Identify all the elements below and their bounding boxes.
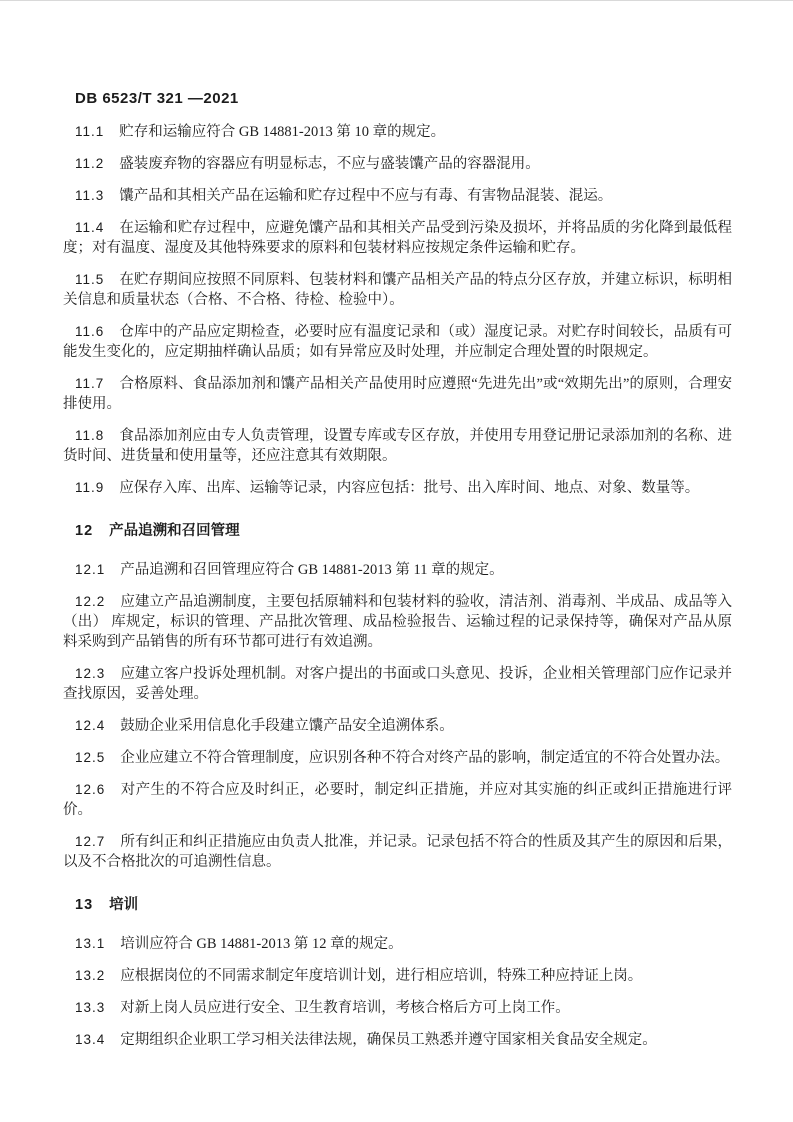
clause-text: 食品添加剂应由专人负责管理，设置专库或专区存放，并使用专用登记册记录添加剂的名称… (63, 428, 732, 464)
clause-11.6: 11.6仓库中的产品应定期检查，必要时应有温度记录和（或）湿度记录。对贮存时间较… (63, 322, 732, 362)
clause-12.3: 12.3应建立客户投诉处理机制。对客户提出的书面或口头意见、投诉，企业相关管理部… (63, 664, 732, 704)
clause-12.7: 12.7所有纠正和纠正措施应由负责人批准，并记录。记录包括不符合的性质及其产生的… (63, 832, 732, 872)
clause-text: 在贮存期间应按照不同原料、包装材料和馕产品相关产品的特点分区存放，并建立标识，标… (63, 272, 732, 308)
clause-text: 产品追溯和召回管理应符合 GB 14881-2013 第 11 章的规定。 (120, 562, 503, 578)
clause-number: 12.3 (75, 666, 105, 681)
clause-12.2: 12.2应建立产品追溯制度，主要包括原辅料和包装材料的验收，清洁剂、消毒剂、半成… (63, 592, 732, 652)
clause-13.2: 13.2应根据岗位的不同需求制定年度培训计划，进行相应培训，特殊工种应持证上岗。 (63, 966, 732, 986)
clause-number: 12.1 (75, 562, 105, 577)
clause-number: 11.7 (75, 376, 104, 391)
clause-text: 合格原料、食品添加剂和馕产品相关产品使用时应遵照“先进先出”或“效期先出”的原则… (63, 376, 732, 412)
clause-11.3: 11.3馕产品和其相关产品在运输和贮存过程中不应与有毒、有害物品混装、混运。 (63, 186, 732, 206)
clause-text: 对新上岗人员应进行安全、卫生教育培训，考核合格后方可上岗工作。 (120, 1000, 570, 1016)
clause-12.5: 12.5企业应建立不符合管理制度，应识别各种不符合对终产品的影响，制定适宜的不符… (63, 748, 732, 768)
section-heading-12: 12产品追溯和召回管理 (63, 521, 732, 541)
document-page: DB 6523/T 321 —2021 11.1贮存和运输应符合 GB 1488… (0, 0, 793, 1122)
clause-11.5: 11.5在贮存期间应按照不同原料、包装材料和馕产品相关产品的特点分区存放，并建立… (63, 270, 732, 310)
clause-number: 11.2 (75, 156, 104, 171)
clause-number: 12.7 (75, 834, 105, 849)
clause-11.9: 11.9应保存入库、出库、运输等记录，内容应包括：批号、出入库时间、地点、对象、… (63, 478, 732, 498)
document-standard-number-header: DB 6523/T 321 —2021 (63, 89, 732, 109)
clause-number: 12.5 (75, 750, 105, 765)
clause-number: 11.4 (75, 220, 104, 235)
document-body: 11.1贮存和运输应符合 GB 14881-2013 第 10 章的规定。11.… (63, 122, 732, 1050)
clause-number: 11.3 (75, 188, 104, 203)
clause-text: 定期组织企业职工学习相关法律法规，确保员工熟悉并遵守国家相关食品安全规定。 (120, 1032, 657, 1048)
section-title: 产品追溯和召回管理 (109, 523, 240, 539)
clause-text: 鼓励企业采用信息化手段建立馕产品安全追溯体系。 (120, 718, 454, 734)
clause-11.2: 11.2盛装废弃物的容器应有明显标志，不应与盛装馕产品的容器混用。 (63, 154, 732, 174)
clause-text: 馕产品和其相关产品在运输和贮存过程中不应与有毒、有害物品混装、混运。 (119, 188, 612, 204)
clause-text: 仓库中的产品应定期检查，必要时应有温度记录和（或）湿度记录。对贮存时间较长，品质… (63, 324, 732, 360)
clause-number: 11.8 (75, 428, 104, 443)
clause-text: 应建立产品追溯制度，主要包括原辅料和包装材料的验收，清洁剂、消毒剂、半成品、成品… (63, 594, 732, 650)
clause-11.4: 11.4在运输和贮存过程中，应避免馕产品和其相关产品受到污染及损坏，并将品质的劣… (63, 218, 732, 258)
section-title: 培训 (109, 897, 138, 913)
clause-text: 对产生的不符合应及时纠正，必要时，制定纠正措施，并应对其实施的纠正或纠正措施进行… (63, 782, 732, 818)
clause-number: 13.3 (75, 1000, 105, 1015)
clause-12.1: 12.1产品追溯和召回管理应符合 GB 14881-2013 第 11 章的规定… (63, 560, 732, 580)
clause-number: 11.9 (75, 480, 104, 495)
clause-number: 11.6 (75, 324, 104, 339)
clause-text: 盛装废弃物的容器应有明显标志，不应与盛装馕产品的容器混用。 (119, 156, 540, 172)
document-content: DB 6523/T 321 —2021 11.1贮存和运输应符合 GB 1488… (63, 89, 732, 1062)
clause-12.6: 12.6对产生的不符合应及时纠正，必要时，制定纠正措施，并应对其实施的纠正或纠正… (63, 780, 732, 820)
clause-number: 11.1 (75, 124, 104, 139)
clause-number: 12.6 (75, 782, 105, 797)
section-heading-13: 13培训 (63, 895, 732, 915)
clause-number: 12.4 (75, 718, 105, 733)
clause-number: 12.2 (75, 594, 105, 609)
section-number: 12 (75, 523, 93, 539)
clause-text: 培训应符合 GB 14881-2013 第 12 章的规定。 (120, 936, 402, 952)
clause-text: 应建立客户投诉处理机制。对客户提出的书面或口头意见、投诉，企业相关管理部门应作记… (63, 666, 732, 702)
clause-text: 在运输和贮存过程中，应避免馕产品和其相关产品受到污染及损坏，并将品质的劣化降到最… (63, 220, 732, 256)
clause-12.4: 12.4鼓励企业采用信息化手段建立馕产品安全追溯体系。 (63, 716, 732, 736)
clause-text: 所有纠正和纠正措施应由负责人批准，并记录。记录包括不符合的性质及其产生的原因和后… (63, 834, 732, 870)
clause-11.8: 11.8食品添加剂应由专人负责管理，设置专库或专区存放，并使用专用登记册记录添加… (63, 426, 732, 466)
clause-number: 13.1 (75, 936, 105, 951)
section-number: 13 (75, 897, 93, 913)
clause-13.1: 13.1培训应符合 GB 14881-2013 第 12 章的规定。 (63, 934, 732, 954)
clause-text: 贮存和运输应符合 GB 14881-2013 第 10 章的规定。 (119, 124, 445, 140)
clause-number: 11.5 (75, 272, 104, 287)
clause-text: 应根据岗位的不同需求制定年度培训计划，进行相应培训，特殊工种应持证上岗。 (120, 968, 642, 984)
clause-text: 应保存入库、出库、运输等记录，内容应包括：批号、出入库时间、地点、对象、数量等。 (119, 480, 699, 496)
clause-11.7: 11.7合格原料、食品添加剂和馕产品相关产品使用时应遵照“先进先出”或“效期先出… (63, 374, 732, 414)
clause-number: 13.2 (75, 968, 105, 983)
clause-number: 13.4 (75, 1032, 105, 1047)
clause-13.3: 13.3对新上岗人员应进行安全、卫生教育培训，考核合格后方可上岗工作。 (63, 998, 732, 1018)
clause-11.1: 11.1贮存和运输应符合 GB 14881-2013 第 10 章的规定。 (63, 122, 732, 142)
clause-text: 企业应建立不符合管理制度，应识别各种不符合对终产品的影响，制定适宜的不符合处置办… (120, 750, 729, 766)
clause-13.4: 13.4定期组织企业职工学习相关法律法规，确保员工熟悉并遵守国家相关食品安全规定… (63, 1030, 732, 1050)
